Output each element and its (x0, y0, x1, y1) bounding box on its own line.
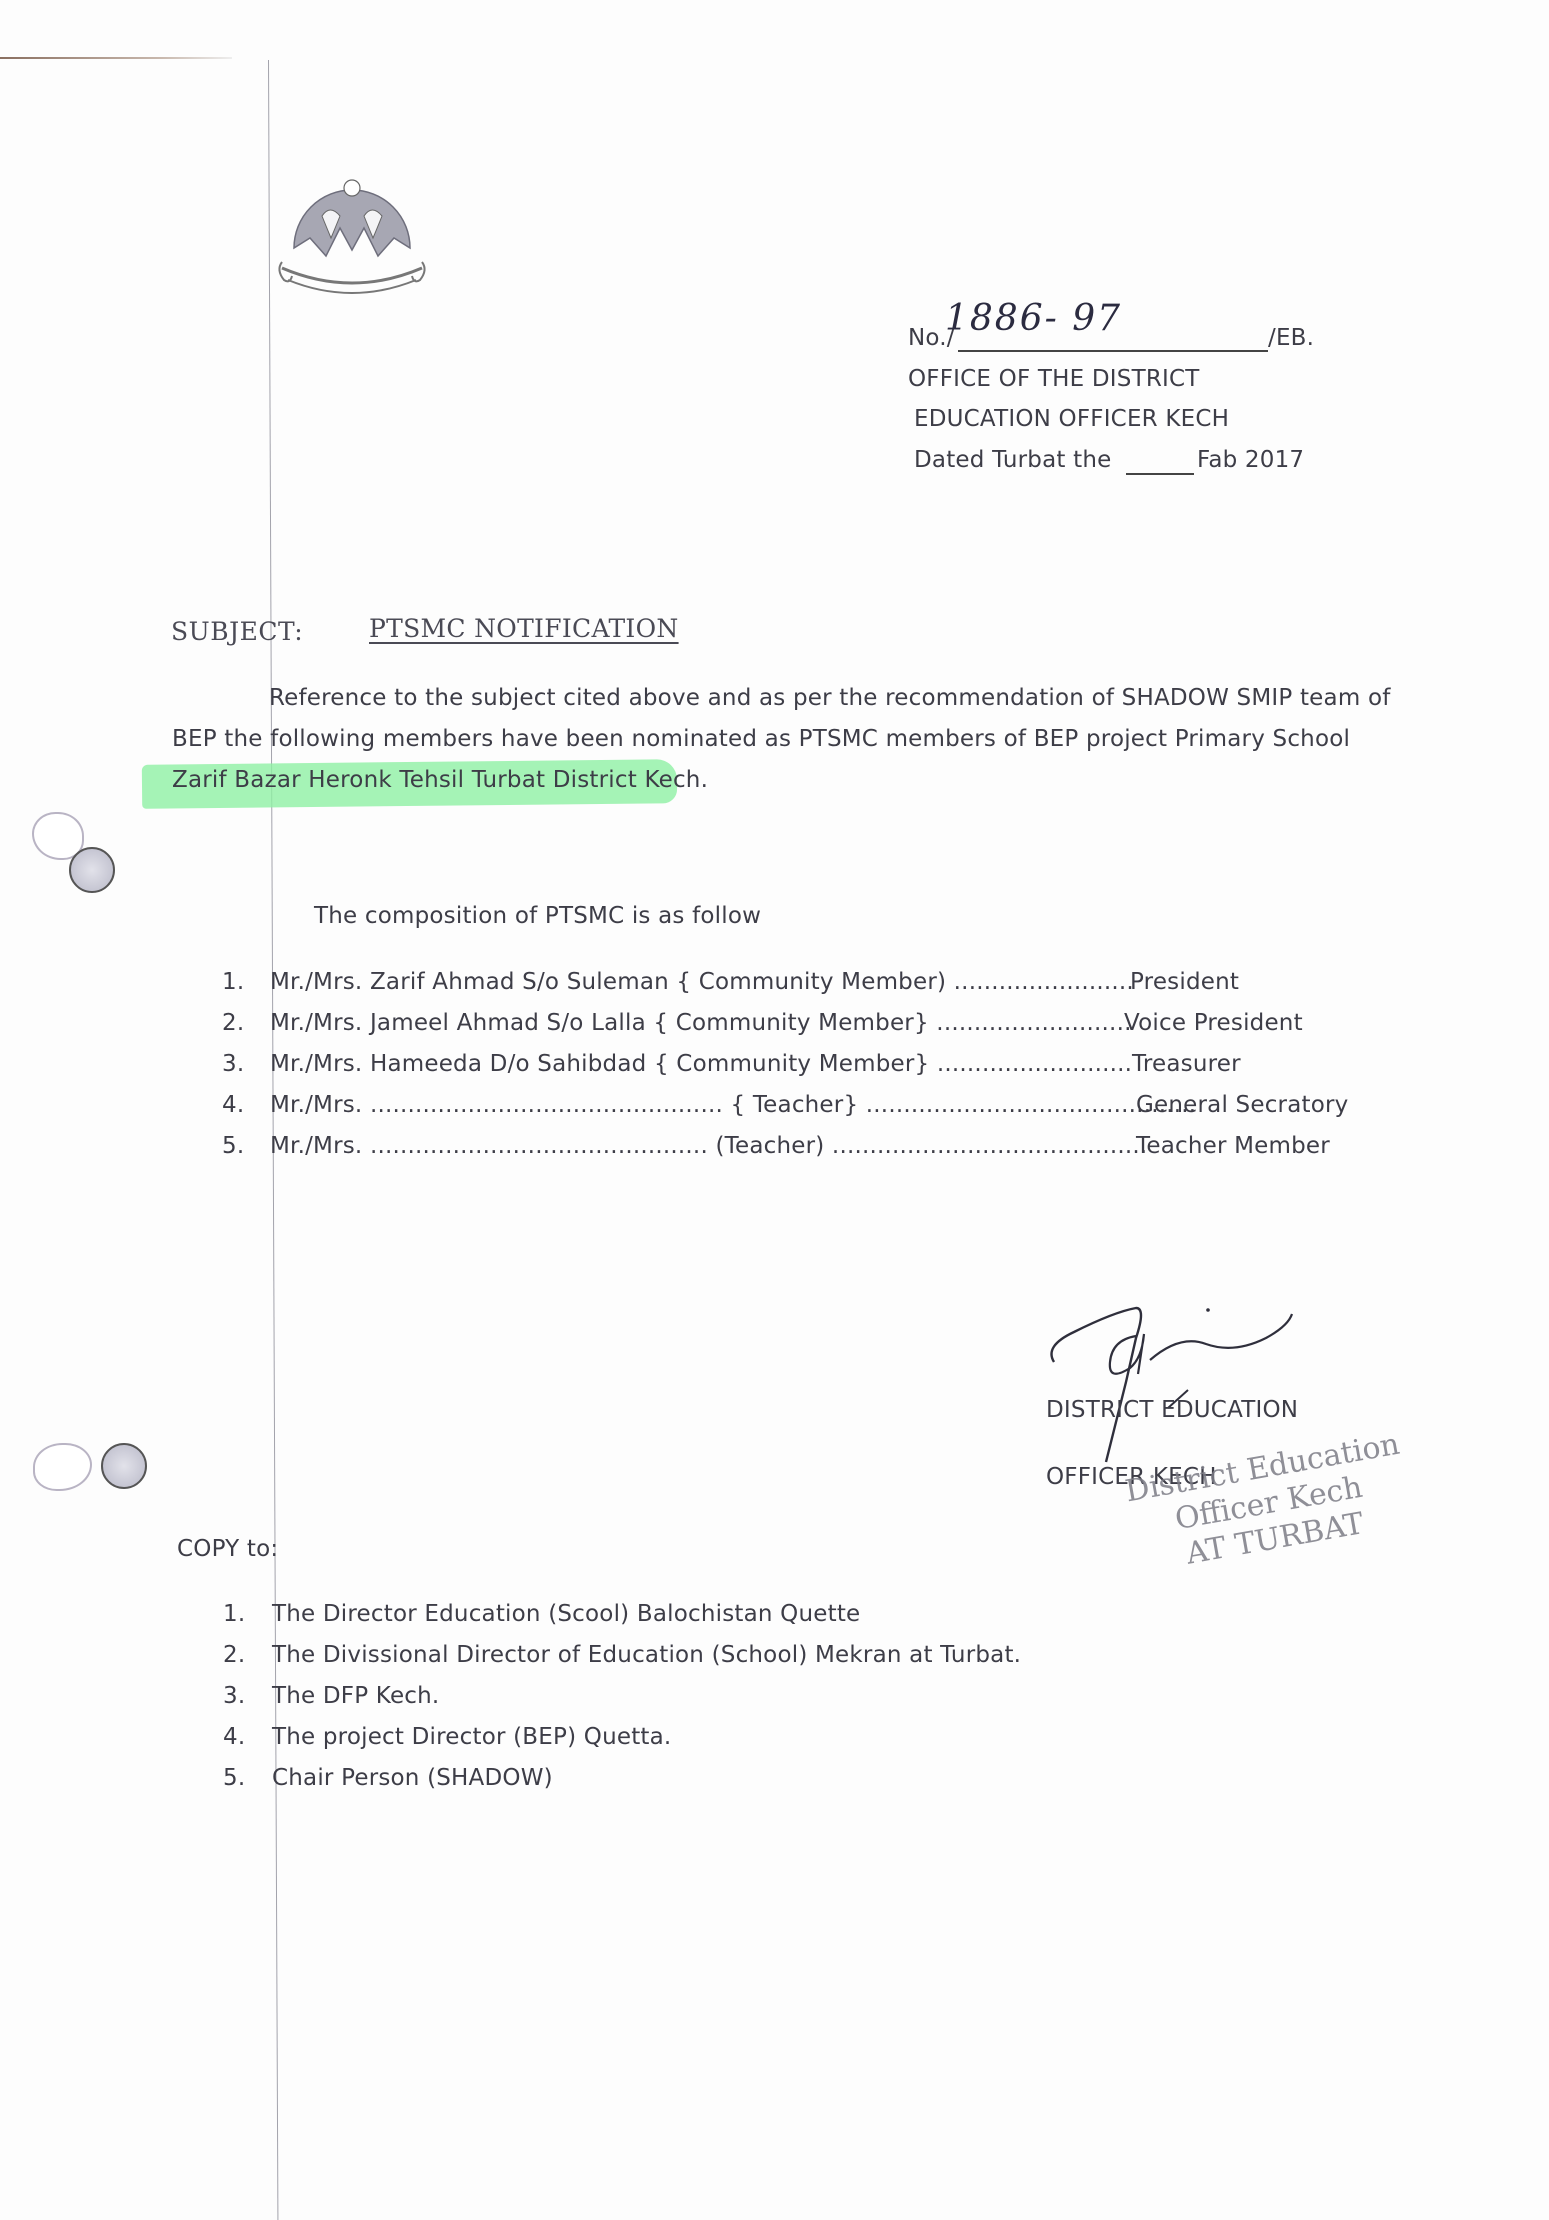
member-role: Voice President (1124, 1010, 1303, 1036)
copy-recipient: The project Director (BEP) Quetta. (272, 1724, 671, 1750)
member-role: General Secratory (1136, 1092, 1348, 1118)
office-line-1: OFFICE OF THE DISTRICT (908, 366, 1200, 392)
body-line-3-end: . (701, 767, 709, 793)
copy-number: 5. (223, 1765, 245, 1791)
ref-suffix: /EB. (1268, 325, 1314, 351)
body-line-1: Reference to the subject cited above and… (269, 685, 1391, 711)
member-text: Mr./Mrs. ...............................… (270, 1133, 1147, 1159)
member-role: President (1130, 969, 1239, 995)
office-line-2: EDUCATION OFFICER KECH (914, 406, 1229, 432)
member-text: Mr./Mrs. Hameeda D/o Sahibdad { Communit… (270, 1051, 1132, 1077)
torn-punch-hole (33, 1443, 92, 1491)
copy-number: 4. (223, 1724, 245, 1750)
composition-intro: The composition of PTSMC is as follow (314, 903, 761, 929)
dated-suffix: Fab 2017 (1197, 447, 1304, 473)
punch-hole (101, 1443, 147, 1489)
copy-recipient: The DFP Kech. (272, 1683, 439, 1709)
member-number: 2. (222, 1010, 244, 1036)
balochistan-emblem-logo (274, 158, 430, 298)
member-number: 4. (222, 1092, 244, 1118)
body-line-3-highlighted: Zarif Bazar Heronk Tehsil Turbat Distric… (172, 767, 701, 793)
copy-recipient: The Director Education (Scool) Balochist… (272, 1601, 860, 1627)
copy-number: 1. (223, 1601, 245, 1627)
member-number: 5. (222, 1133, 244, 1159)
member-number: 3. (222, 1051, 244, 1077)
member-text: Mr./Mrs. Jameel Ahmad S/o Lalla { Commun… (270, 1010, 1132, 1036)
member-number: 1. (222, 969, 244, 995)
member-text: Mr./Mrs. ...............................… (270, 1092, 1196, 1118)
page-edge-line (0, 57, 232, 59)
body-line-2: BEP the following members have been nomi… (172, 726, 1350, 752)
subject-label: SUBJECT: (171, 617, 303, 646)
punch-hole (69, 847, 115, 893)
member-text: Mr./Mrs. Zarif Ahmad S/o Suleman { Commu… (270, 969, 1134, 995)
ref-number-handwritten: 1886- 97 (945, 298, 1122, 339)
dated-prefix: Dated Turbat the (914, 447, 1111, 473)
copy-number: 3. (223, 1683, 245, 1709)
copy-recipient: Chair Person (SHADOW) (272, 1765, 553, 1791)
copy-recipient: The Divissional Director of Education (S… (272, 1642, 1021, 1668)
ref-number-underline (958, 350, 1268, 352)
signatory-line-1: DISTRICT EDUCATION (1046, 1397, 1298, 1423)
subject-title: PTSMC NOTIFICATION (369, 614, 679, 643)
copy-number: 2. (223, 1642, 245, 1668)
member-role: Treasurer (1132, 1051, 1241, 1077)
copy-to-label: COPY to: (177, 1536, 278, 1562)
date-blank-underline (1126, 473, 1194, 475)
member-role: Teacher Member (1136, 1133, 1330, 1159)
